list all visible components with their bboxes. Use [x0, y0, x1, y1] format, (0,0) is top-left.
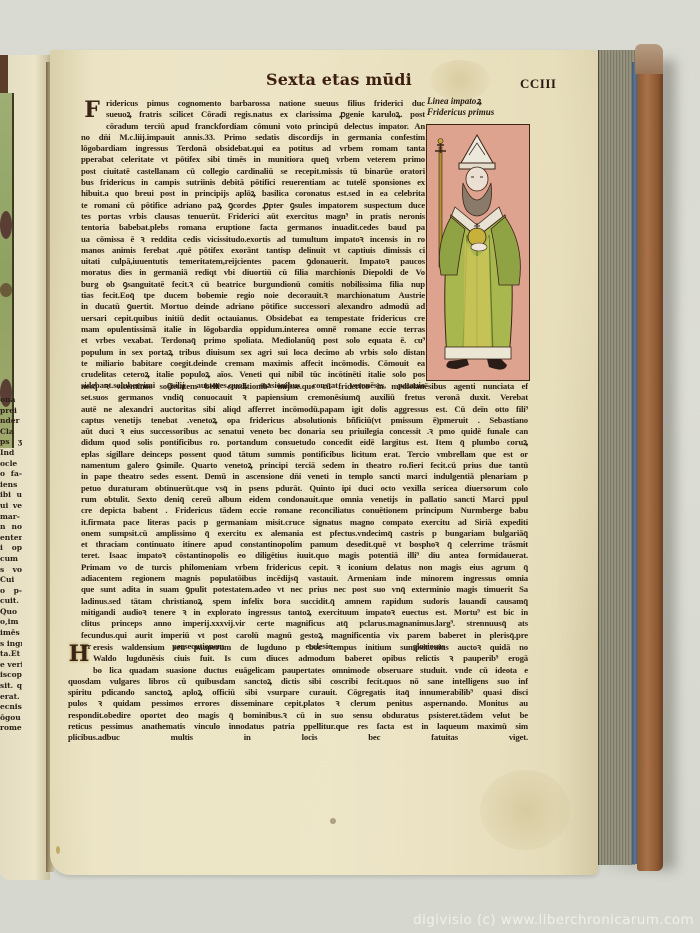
text-line: te miliario babitare coegit.deinde crema… [81, 358, 425, 369]
text-line: onem sumpsit.cū amplissimo q̄ exercitu e… [81, 528, 528, 539]
page-block-fore-edge [598, 50, 635, 865]
text-line: moratus dies in germaniā rediqt vbi diuo… [81, 267, 425, 278]
facing-text-line: o fa- [0, 469, 22, 480]
text-line: lōgobardiam ingressus Terdonā obsidebat.… [81, 143, 425, 154]
text-line: petuo duraturam obtinuerūt.que vsq̄ in p… [81, 483, 528, 494]
facing-page-text-fragment: onapreinderClaps ʒIndocleo fa-iensibi uu… [0, 395, 22, 734]
facing-text-line: i op [0, 543, 22, 554]
text-line: set.suos germanos vndiq̄ conuocauit ꝛ pa… [81, 392, 528, 403]
facing-text-line: o p- [0, 586, 22, 597]
facing-text-line: prei [0, 406, 22, 417]
text-line: quosdam vulgares libros cū quibusdam san… [68, 676, 528, 687]
text-line: in ducatū ꝯuertit. Mortuo deinde adriano… [81, 301, 425, 312]
woodcut-figure-fragment [0, 211, 12, 239]
text-line: ladinus.sed tātam christianoꝝ spem infel… [81, 596, 528, 607]
text-line: Waldo lugdunēsis ciuis fuit. Is cum diuc… [93, 653, 528, 664]
text-line: nesq̄ ꝛ vicentinos societatem belli cond… [81, 381, 528, 392]
text-line: no dn̄i M.c.liij.impauit annis.33. Primo… [81, 132, 425, 143]
facing-text-line: sit. q [0, 681, 22, 692]
facing-text-line: ps ʒ [0, 437, 22, 448]
text-line: tes portas vrbis clausas tenuerūt. Fride… [81, 211, 425, 222]
folio-number: CCIII [520, 76, 556, 92]
text-full-width: nesq̄ ꝛ vicentinos societatem belli cond… [81, 381, 528, 652]
text-line: mitigandi audioꝛ tenere ꝛ in explorato i… [81, 607, 528, 618]
text-line: in pape theatro sedes essent. Demū in as… [81, 471, 528, 482]
text-line: hibuit.a quo breui post in principijs ap… [81, 188, 425, 199]
text-line: bo lica quadam suasione ductus euāgelica… [93, 665, 528, 676]
woodcut-figure-fragment [0, 283, 12, 297]
text-line: crudelitas ceteroꝝ italie populoꝝ aīos. … [81, 369, 425, 380]
text-line: captus venetijs tenebat .venetoꝝ opa fri… [81, 415, 528, 426]
text-line: cōradum terciū apud franckfordiam cōmuni… [106, 121, 425, 132]
text-line: pulos ꝛ quidam pessimos errores dissemin… [68, 698, 528, 709]
facing-text-line: o,im [0, 617, 22, 628]
facing-text-line: mar- [0, 512, 22, 523]
text-line: que sunt adita in suam ꝯpulit potestatem… [81, 584, 528, 595]
text-line: adiacentem regionem magnis populatōibus … [81, 573, 528, 584]
text-line: autē ne alexandri auctoritas sibi aliqd … [81, 404, 528, 415]
facing-text-line: Cla [0, 427, 22, 438]
paragraph-2-lines: eresis waldensium seu pauperum de lugdun… [68, 642, 528, 744]
caption-line-2: Fridericus primus [427, 107, 494, 118]
text-line: tias fecit.Eoq̄ tpe ducem bobemie regio … [81, 290, 425, 301]
facing-text-line: e veri [0, 660, 22, 671]
facing-text-line: Cui [0, 575, 22, 586]
column-lines: ridericus pimus cognomento barbarossa na… [81, 98, 425, 392]
facing-text-line: iscopi [0, 670, 22, 681]
paper-spot [56, 846, 60, 854]
paragraph-waldensian-heresy: H eresis waldensium seu pauperum de lugd… [68, 642, 528, 744]
facing-text-line: s ingr [0, 639, 22, 650]
text-line: et vrbes vexabat. Terdonaq̄ primo spolia… [81, 335, 425, 346]
facing-text-line: cuit. [0, 596, 22, 607]
facing-text-line: ui ve [0, 501, 22, 512]
text-line: eplas sigillare deinceps possent quod tā… [81, 449, 528, 460]
paper-stain [430, 60, 490, 100]
woodcut-caption: Linea impatoꝝ Fridericus primus [427, 96, 494, 118]
facing-text-line: rome [0, 723, 22, 734]
text-line: namentum galero ꝯsimile. Quarto venetoꝝ … [81, 460, 528, 471]
text-line: sueuoꝝ fratris scilicet Cōradi regis.nat… [106, 109, 425, 120]
text-line: pperabat celeritate vt pōtifex sibi timē… [81, 154, 425, 165]
text-line: bus fridericus in campis sutriinis debit… [81, 177, 425, 188]
worn-cover-corner [635, 44, 663, 74]
text-line: it.firmata pace literas pacis p germania… [81, 517, 528, 528]
text-line: plicibus.adbuc multis in locis bec fatui… [68, 732, 528, 743]
text-line: reticus pessimus anathematis vinculo inn… [68, 721, 528, 732]
text-line: didum quod solis pontificibus ro. portan… [81, 437, 528, 448]
text-line: burg ob ꝯsanguitatē fecit.ꝛ cū beatrice … [81, 279, 425, 290]
text-line: fecundus.qui aurit imperiū vt post carol… [81, 630, 528, 641]
main-page: Sexta etas mūdi CCIII Linea impatoꝝ Frid… [50, 50, 598, 875]
text-line: uersari cepit.quibus initiū dedit octaui… [81, 313, 425, 324]
facing-text-line: ocle [0, 459, 22, 470]
watermark-copyright: digivisio (c) www.liberchronicarum.com [413, 912, 694, 928]
running-head: Sexta etas mūdi [266, 70, 412, 89]
leather-cover-edge [637, 46, 663, 871]
text-line: Primam vo de turcis philomeniam vrbem fr… [81, 562, 528, 573]
paper-spot [330, 818, 336, 824]
text-line: et thraciam continuato itinere apud cons… [81, 539, 528, 550]
facing-text-line: ona [0, 395, 22, 406]
woodcut-emperor-frederick [426, 124, 530, 381]
facing-text-line: imēs [0, 628, 22, 639]
text-line: te romani cū pōtifice adriano paꝝ ꝯcorde… [81, 200, 425, 211]
caption-line-1: Linea impatoꝝ [427, 96, 494, 107]
facing-text-line: s vo [0, 565, 22, 576]
text-line: clitus princeps anno imperij.xxxvij.vir … [81, 618, 528, 629]
text-line: manos animis ferebat .quē pōtifex exorān… [81, 245, 425, 256]
text-column-beside-woodcut: F ridericus pimus cognomento barbarossa … [81, 98, 425, 392]
text-line: cre depicta babent . Fridericus tādem ec… [81, 505, 528, 516]
text-line: ridericus pimus cognomento barbarossa na… [106, 98, 425, 109]
text-line: tentoria babebat.plebs romana eruptione … [81, 222, 425, 233]
facing-text-line: n no [0, 522, 22, 533]
facing-text-line: cum [0, 554, 22, 565]
text-line: spiritu pdicando sanctoꝝ aploꝝ officiū s… [68, 687, 528, 698]
facing-text-line: erat. [0, 692, 22, 703]
facing-text-line: enter [0, 533, 22, 544]
facing-text-line: ibi u [0, 490, 22, 501]
text-line: rum obtulit. Sexto deniq̄ cereū album ei… [81, 494, 528, 505]
text-line: post ciuitatē castellanam cū collegio ca… [81, 166, 425, 177]
facing-text-line: ecnis [0, 702, 22, 713]
text-line: eresis waldensium seu pauperum de lugdun… [93, 642, 528, 653]
facing-text-line: Ind [0, 448, 22, 459]
text-line: ua cōmissa ē ꝛ reddita cedis vicissitudo… [81, 234, 425, 245]
text-line: populum in sex portaꝝ tribus diuisum sex… [81, 347, 425, 358]
text-line: teret. Isaac impatoꝛ cōstantinopolis eo … [81, 550, 528, 561]
text-line: aūt duci ꝛ eius successoribus ac senatui… [81, 426, 528, 437]
facing-text-line: ta.Et [0, 649, 22, 660]
facing-text-line: ōgou [0, 713, 22, 724]
emperor-figure-icon [427, 125, 529, 380]
paper-stain [480, 770, 570, 850]
facing-text-line: nder [0, 416, 22, 427]
facing-page: onapreinderClaps ʒIndocleo fa-iensibi uu… [0, 55, 50, 880]
initial-letter-h: H [68, 643, 90, 665]
text-line: uitati culpā,iuuentutis temeritatem,reij… [81, 256, 425, 267]
initial-letter-f: F [81, 99, 103, 121]
facing-text-line: iens [0, 480, 22, 491]
text-line: mam opulentissimā italie in lōgobardia o… [81, 324, 425, 335]
facing-text-line: Quo [0, 607, 22, 618]
text-line: respondit.obedire oportet deo magis q̄ b… [68, 710, 528, 721]
